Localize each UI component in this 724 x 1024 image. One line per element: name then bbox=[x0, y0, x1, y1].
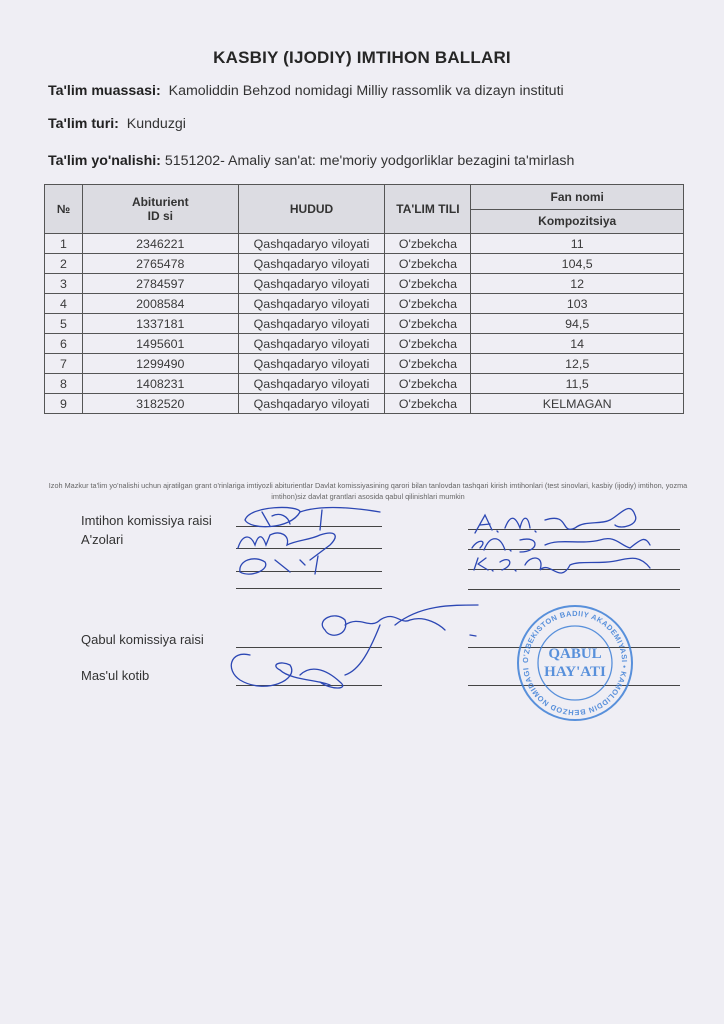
admission-stamp-icon: O'ZBEKISTON BADIIY AKADEMIYASI • KAMOLID… bbox=[515, 603, 635, 723]
signature-scribbles-icon bbox=[0, 0, 724, 1024]
svg-text:QABUL: QABUL bbox=[548, 646, 601, 662]
svg-text:HAY'ATI: HAY'ATI bbox=[544, 664, 606, 680]
